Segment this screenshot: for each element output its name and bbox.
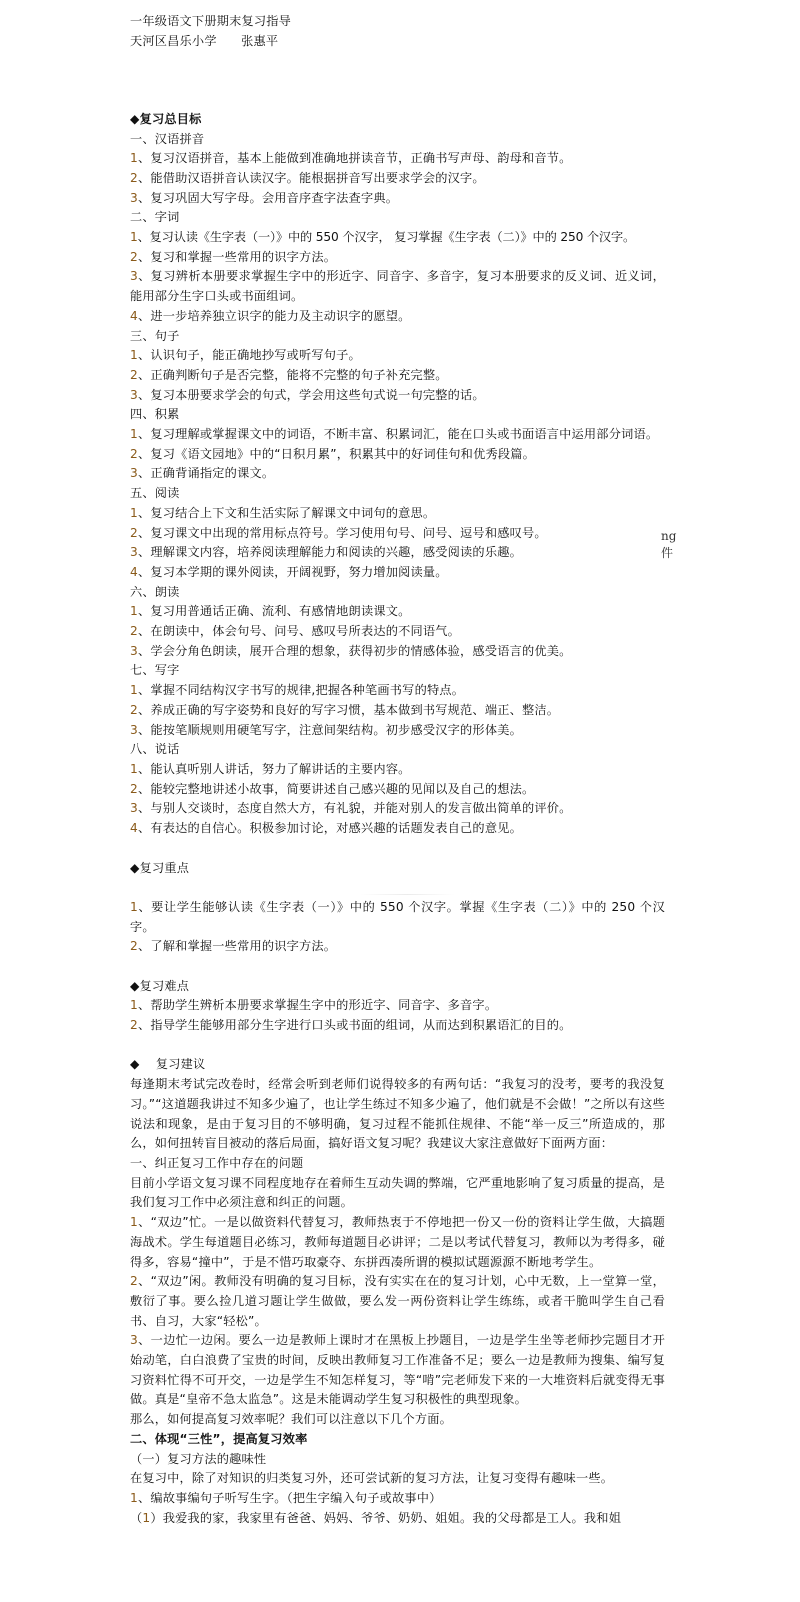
- goal-section-writing: 七、写字 1、掌握不同结构汉字书写的规律,把握各种笔画书写的特点。 2、养成正确…: [130, 661, 665, 740]
- subsection-title: 五、阅读: [130, 484, 665, 504]
- goal-section-pinyin: 一、汉语拼音 1、复习汉语拼音，基本上能做到准确地拼读音节，正确书写声母、韵母和…: [130, 130, 665, 209]
- list-item: 2、“双边”闲。教师没有明确的复习目标，没有实实在在的复习计划，心中无数，上一堂…: [130, 1272, 665, 1331]
- list-item: 1、要让学生能够认读《生字表（一）》中的 550 个汉字。掌握《生字表（二）》中…: [130, 898, 665, 937]
- author-line: 天河区昌乐小学 张惠平: [130, 32, 665, 52]
- paragraph: 那么，如何提高复习效率呢？我们可以注意以下几个方面。: [130, 1410, 665, 1430]
- list-item: 1、复习认读《生字表（一）》中的 550 个汉字， 复习掌握《生字表（二）》中的…: [130, 228, 665, 248]
- list-item: 2、正确判断句子是否完整，能将不完整的句子补充完整。: [130, 366, 665, 386]
- list-item: 3、理解课文内容，培养阅读理解能力和阅读的兴趣，感受阅读的乐趣。: [130, 543, 665, 563]
- subsection-title: 一、纠正复习工作中存在的问题: [130, 1154, 665, 1174]
- list-item: 1、“双边”忙。一是以做资料代替复习，教师热衷于不停地把一份又一份的资料让学生做…: [130, 1213, 665, 1272]
- list-item: 3、正确背诵指定的课文。: [130, 464, 665, 484]
- goal-section-recitation: 六、朗读 1、复习用普通话正确、流利、有感情地朗读课文。 2、在朗读中，体会句号…: [130, 583, 665, 662]
- section-heading-goals: ◆复习总目标: [130, 110, 665, 130]
- stray-text-fragment: ng 件: [661, 528, 691, 562]
- list-item: 2、养成正确的写字姿势和良好的写字习惯，基本做到书写规范、端正、整洁。: [130, 701, 665, 721]
- list-item: 3、与别人交谈时，态度自然大方，有礼貌，并能对别人的发言做出简单的评价。: [130, 799, 665, 819]
- stray-text-line: ng: [661, 528, 691, 545]
- document-body: 一年级语文下册期末复习指导 天河区昌乐小学 张惠平 ◆复习总目标 一、汉语拼音 …: [130, 12, 665, 1528]
- subsection-title: 一、汉语拼音: [130, 130, 665, 150]
- paragraph: 目前小学语文复习课不同程度地存在着师生互动失调的弊端，它严重地影响了复习质量的提…: [130, 1174, 665, 1213]
- list-item: （1）我爱我的家，我家里有爸爸、妈妈、爷爷、奶奶、姐姐。我的父母都是工人。我和姐: [130, 1509, 665, 1529]
- list-item: 4、有表达的自信心。积极参加讨论，对感兴趣的话题发表自己的意见。: [130, 819, 665, 839]
- list-item: 2、能借助汉语拼音认读汉字。能根据拼音写出要求学会的汉字。: [130, 169, 665, 189]
- goal-section-reading: 五、阅读 1、复习结合上下文和生活实际了解课文中词句的意思。 2、复习课文中出现…: [130, 484, 665, 583]
- divider: [360, 894, 455, 895]
- list-item: 1、复习理解或掌握课文中的词语，不断丰富、积累词汇，能在口头或书面语言中运用部分…: [130, 425, 665, 445]
- subsection-title: 四、积累: [130, 405, 665, 425]
- subsection-title: 七、写字: [130, 661, 665, 681]
- list-item: 3、复习本册要求学会的句式，学会用这些句式说一句完整的话。: [130, 386, 665, 406]
- subsection-title: 三、句子: [130, 327, 665, 347]
- list-item: 1、复习结合上下文和生活实际了解课文中词句的意思。: [130, 504, 665, 524]
- goal-section-accumulation: 四、积累 1、复习理解或掌握课文中的词语，不断丰富、积累词汇，能在口头或书面语言…: [130, 405, 665, 484]
- goal-section-words: 二、字词 1、复习认读《生字表（一）》中的 550 个汉字， 复习掌握《生字表（…: [130, 208, 665, 326]
- section-heading-key-points: ◆复习重点: [130, 859, 665, 879]
- paragraph: 在复习中，除了对知识的归类复习外，还可尝试新的复习方法，让复习变得有趣味一些。: [130, 1469, 665, 1489]
- list-item: 1、复习汉语拼音，基本上能做到准确地拼读音节，正确书写声母、韵母和音节。: [130, 149, 665, 169]
- section-heading-suggestions: ◆ 复习建议: [130, 1055, 665, 1075]
- list-item: 2、了解和掌握一些常用的识字方法。: [130, 937, 665, 957]
- list-item: 2、复习《语文园地》中的“日积月累”，积累其中的好词佳句和优秀段篇。: [130, 445, 665, 465]
- list-item: 2、指导学生能够用部分生字进行口头或书面的组词，从而达到积累语汇的目的。: [130, 1016, 665, 1036]
- list-item: 2、能较完整地讲述小故事，简要讲述自己感兴趣的见闻以及自己的想法。: [130, 780, 665, 800]
- list-item: 2、复习课文中出现的常用标点符号。学习使用句号、问号、逗号和感叹号。: [130, 524, 665, 544]
- section-heading-difficulties: ◆复习难点: [130, 977, 665, 997]
- list-item: 3、复习辨析本册要求掌握生字中的形近字、同音字、多音字，复习本册要求的反义词、近…: [130, 267, 665, 306]
- list-item: 3、一边忙一边闲。要么一边是教师上课时才在黑板上抄题目，一边是学生坐等老师抄完题…: [130, 1331, 665, 1410]
- list-item: 4、进一步培养独立识字的能力及主动识字的愿望。: [130, 307, 665, 327]
- list-item: 4、复习本学期的课外阅读，开阔视野，努力增加阅读量。: [130, 563, 665, 583]
- goal-section-speaking: 八、说话 1、能认真听别人讲话，努力了解讲话的主要内容。 2、能较完整地讲述小故…: [130, 740, 665, 839]
- list-item: 3、学会分角色朗读，展开合理的想象，获得初步的情感体验，感受语言的优美。: [130, 642, 665, 662]
- list-item: 1、掌握不同结构汉字书写的规律,把握各种笔画书写的特点。: [130, 681, 665, 701]
- list-item: 1、认识句子，能正确地抄写或听写句子。: [130, 346, 665, 366]
- list-item: 3、能按笔顺规则用硬笔写字，注意间架结构。初步感受汉字的形体美。: [130, 721, 665, 741]
- list-item: 3、复习巩固大写字母。会用音序查字法查字典。: [130, 189, 665, 209]
- stray-text-line: 件: [661, 545, 691, 562]
- document-title: 一年级语文下册期末复习指导: [130, 12, 665, 32]
- list-item: 1、编故事编句子听写生字。（把生字编入句子或故事中）: [130, 1489, 665, 1509]
- list-item: 1、能认真听别人讲话，努力了解讲话的主要内容。: [130, 760, 665, 780]
- list-item: 1、复习用普通话正确、流利、有感情地朗读课文。: [130, 602, 665, 622]
- subsection-title: 六、朗读: [130, 583, 665, 603]
- subsection-title: 二、体现“三性”，提高复习效率: [130, 1430, 665, 1450]
- subsection-title: 二、字词: [130, 208, 665, 228]
- list-item: 2、在朗读中，体会句号、问号、感叹号所表达的不同语气。: [130, 622, 665, 642]
- subsection-title: 八、说话: [130, 740, 665, 760]
- goal-section-sentences: 三、句子 1、认识句子，能正确地抄写或听写句子。 2、正确判断句子是否完整，能将…: [130, 327, 665, 406]
- suggestions-intro: 每逢期末考试完改卷时，经常会听到老师们说得较多的有两句话：“我复习的没考，要考的…: [130, 1075, 665, 1154]
- list-item: 1、帮助学生辨析本册要求掌握生字中的形近字、同音字、多音字。: [130, 996, 665, 1016]
- subsection-title: （一）复习方法的趣味性: [130, 1450, 665, 1470]
- list-item: 2、复习和掌握一些常用的识字方法。: [130, 248, 665, 268]
